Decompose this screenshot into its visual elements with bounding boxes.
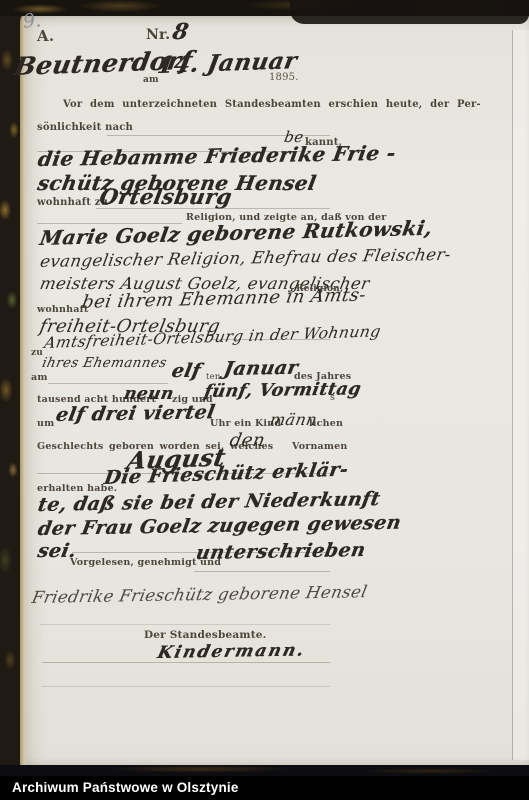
form-rule <box>40 624 330 625</box>
book-binding-top-shadow <box>290 0 529 24</box>
year-units-time-handwritten: fünf, Vormittag <box>202 379 362 402</box>
birth-time-handwritten: elf drei viertel <box>54 401 217 426</box>
registrar-signature: Kindermann. <box>155 640 307 663</box>
den-handwritten: den <box>228 430 267 451</box>
form-rule <box>42 686 330 687</box>
section-letter: A. <box>37 27 54 45</box>
dateline-year-printed: 1895. <box>269 72 299 83</box>
zu-label: zu <box>31 348 43 358</box>
form-rule <box>194 571 330 572</box>
birthplace-line-2: ihres Ehemannes <box>41 355 169 371</box>
unterschrieben-handwritten: unterschrieben <box>194 539 367 564</box>
registrar-title-label: Der Standesbeamte. <box>144 629 267 641</box>
intro-line-2: sönlichkeit nach <box>37 122 133 133</box>
um-label: um <box>37 418 54 429</box>
year-decade-handwritten: neun <box>122 384 175 404</box>
form-rule <box>42 662 330 663</box>
declarant-residence: Ortelsburg <box>98 184 234 209</box>
birth-day-handwritten: elf <box>170 360 203 382</box>
archive-watermark-bar: Archiwum Państwowe w Olsztynie <box>0 776 529 800</box>
archive-name-text: Archiwum Państwowe w Olsztynie <box>12 780 239 795</box>
birth-month-handwritten: Januar <box>222 357 300 380</box>
vornamen-label: Vornamen <box>292 441 348 452</box>
page-edge-right-highlight <box>513 30 529 760</box>
entry-number-label: Nr. <box>146 27 170 43</box>
scanned-register-page: 9. A. Nr. 8 Beutnerdorf am 14. Januar 18… <box>0 0 529 800</box>
form-rule <box>96 208 330 209</box>
intro-line-1: Vor dem unterzeichneten Standesbeamten e… <box>63 99 331 110</box>
ten-suffix-label: ten <box>206 372 221 382</box>
am-label: am <box>31 372 48 383</box>
lichen-suffix-label: lichen <box>309 418 343 429</box>
vormittags-s-label: s <box>330 392 335 403</box>
page-edge-left <box>20 13 28 768</box>
